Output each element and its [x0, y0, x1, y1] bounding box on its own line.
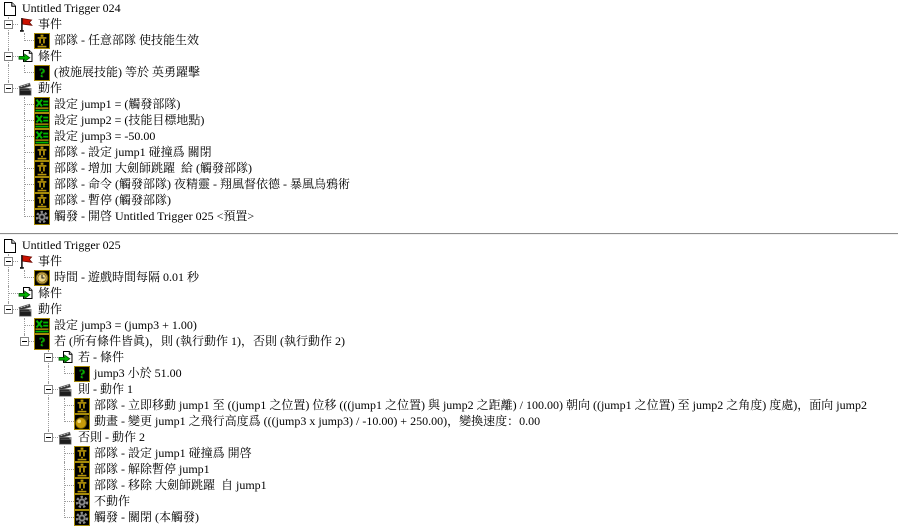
tree-row[interactable]: 部隊 - 移除 大劍師跳躍 自 jump1: [0, 478, 898, 494]
tree-guide-line: [64, 446, 65, 462]
event-flag-icon: [18, 254, 34, 270]
row-label: 不動作: [94, 494, 130, 509]
row-label: 部隊 - 設定 jump1 碰撞爲 開啓: [94, 446, 252, 461]
trigger-gear-icon: [34, 209, 50, 225]
tree-stub-line: [64, 373, 74, 374]
trigger-title: Untitled Trigger 025: [22, 238, 121, 253]
trigger-title-row[interactable]: Untitled Trigger 025: [0, 238, 898, 254]
tree-guide-line: [48, 366, 49, 382]
expand-collapse-box[interactable]: [44, 433, 53, 442]
tree-row[interactable]: ??jump3 小於 51.00: [0, 366, 898, 382]
tree-guide-line: [24, 318, 25, 334]
tree-stub-line: [64, 421, 74, 422]
tree-stub-line: [24, 200, 34, 201]
tree-guide-line: [24, 193, 25, 209]
expand-collapse-box[interactable]: [4, 20, 13, 29]
animation-icon: [74, 414, 90, 430]
unit-icon: [34, 177, 50, 193]
trigger-page-icon: [2, 238, 18, 254]
tree-stub-line: [64, 405, 74, 406]
time-clock-icon: [34, 270, 50, 286]
tree-row[interactable]: 條件: [0, 49, 898, 65]
tree-row[interactable]: 部隊 - 設定 jump1 碰撞爲 開啓: [0, 446, 898, 462]
tree-guide-line: [8, 33, 9, 49]
row-label: 部隊 - 移除 大劍師跳躍 自 jump1: [94, 478, 267, 493]
event-flag-icon: [18, 17, 34, 33]
actions-icon: [18, 302, 34, 318]
row-label: jump3 小於 51.00: [94, 366, 182, 381]
set-variable-icon: [34, 113, 50, 129]
condition-icon: ??: [74, 366, 90, 382]
row-label: 動畫 - 變更 jump1 之飛行高度爲 (((jump3 x jump3) /…: [94, 414, 540, 429]
tree-row[interactable]: 部隊 - 任意部隊 使技能生效: [0, 33, 898, 49]
conditions-icon: [18, 286, 34, 302]
row-label: 則 - 動作 1: [78, 382, 133, 397]
unit-icon: [34, 33, 50, 49]
tree-guide-line: [64, 398, 65, 414]
trigger-block: Untitled Trigger 025事件時間 - 遊戲時間每隔 0.01 秒…: [0, 235, 898, 526]
trigger-title-row[interactable]: Untitled Trigger 024: [0, 1, 898, 17]
expand-collapse-box[interactable]: [4, 84, 13, 93]
tree-stub-line: [24, 136, 34, 137]
tree-guide-line: [48, 414, 49, 430]
tree-row[interactable]: 部隊 - 立即移動 jump1 至 ((jump1 之位置) 位移 (((jum…: [0, 398, 898, 414]
tree-row[interactable]: 部隊 - 暫停 (觸發部隊): [0, 193, 898, 209]
tree-guide-line: [24, 177, 25, 193]
tree-row[interactable]: 部隊 - 增加 大劍師跳躍 給 (觸發部隊): [0, 161, 898, 177]
trigger-block: Untitled Trigger 024事件部隊 - 任意部隊 使技能生效條件?…: [0, 0, 898, 225]
expand-collapse-box[interactable]: [44, 353, 53, 362]
set-variable-icon: [34, 97, 50, 113]
tree-row[interactable]: 設定 jump2 = (技能目標地點): [0, 113, 898, 129]
row-label: 事件: [38, 17, 62, 32]
tree-stub-line: [24, 277, 34, 278]
tree-row[interactable]: 設定 jump3 = -50.00: [0, 129, 898, 145]
actions-icon: [18, 81, 34, 97]
tree-stub-line: [64, 469, 74, 470]
tree-stub-line: [64, 453, 74, 454]
tree-guide-line: [64, 478, 65, 494]
tree-guide-line: [8, 286, 9, 302]
expand-collapse-box[interactable]: [20, 337, 29, 346]
tree-row[interactable]: 事件: [0, 254, 898, 270]
tree-row[interactable]: ??若 (所有條件皆眞)，則 (執行動作 1)，否則 (執行動作 2): [0, 334, 898, 350]
tree-row[interactable]: 動畫 - 變更 jump1 之飛行高度爲 (((jump3 x jump3) /…: [0, 414, 898, 430]
row-label: 部隊 - 解除暫停 jump1: [94, 462, 210, 477]
tree-row[interactable]: 時間 - 遊戲時間每隔 0.01 秒: [0, 270, 898, 286]
tree-row[interactable]: 觸發 - 開啓 Untitled Trigger 025 <預置>: [0, 209, 898, 225]
tree-stub-line: [24, 40, 34, 41]
tree-row[interactable]: 部隊 - 命令 (觸發部隊) 夜精靈 - 翔風督依德 - 暴風烏鴉術: [0, 177, 898, 193]
tree-row[interactable]: 動作: [0, 81, 898, 97]
unit-icon: [74, 462, 90, 478]
trigger-title: Untitled Trigger 024: [22, 1, 121, 16]
row-label: 部隊 - 增加 大劍師跳躍 給 (觸發部隊): [54, 161, 252, 176]
tree-guide-line: [24, 113, 25, 129]
row-label: 動作: [38, 302, 62, 317]
unit-icon: [34, 161, 50, 177]
tree-guide-line: [24, 97, 25, 113]
row-label: 事件: [38, 254, 62, 269]
tree-stub-line: [24, 168, 34, 169]
tree-stub-line: [24, 325, 34, 326]
row-label: 若 (所有條件皆眞)，則 (執行動作 1)，否則 (執行動作 2): [54, 334, 345, 349]
tree-row[interactable]: 不動作: [0, 494, 898, 510]
row-label: 部隊 - 立即移動 jump1 至 ((jump1 之位置) 位移 (((jum…: [94, 398, 867, 413]
trigger-gear-icon: [74, 494, 90, 510]
row-label: 時間 - 遊戲時間每隔 0.01 秒: [54, 270, 199, 285]
tree-guide-line: [24, 145, 25, 161]
tree-row[interactable]: 若 - 條件: [0, 350, 898, 366]
tree-row[interactable]: 設定 jump3 = (jump3 + 1.00): [0, 318, 898, 334]
row-label: 若 - 條件: [78, 350, 124, 365]
row-label: 部隊 - 任意部隊 使技能生效: [54, 33, 199, 48]
tree-row[interactable]: 部隊 - 設定 jump1 碰撞爲 關閉: [0, 145, 898, 161]
row-label: 設定 jump2 = (技能目標地點): [54, 113, 204, 128]
set-variable-icon: [34, 129, 50, 145]
tree-row[interactable]: 事件: [0, 17, 898, 33]
row-label: 部隊 - 命令 (觸發部隊) 夜精靈 - 翔風督依德 - 暴風烏鴉術: [54, 177, 350, 192]
unit-icon: [34, 193, 50, 209]
expand-collapse-box[interactable]: [4, 257, 13, 266]
tree-row[interactable]: ??(被施展技能) 等於 英勇躍擊: [0, 65, 898, 81]
conditions-icon: [18, 49, 34, 65]
tree-row[interactable]: 則 - 動作 1: [0, 382, 898, 398]
tree-row[interactable]: 動作: [0, 302, 898, 318]
row-label: 設定 jump3 = -50.00: [54, 129, 155, 144]
tree-row[interactable]: 條件: [0, 286, 898, 302]
tree-stub-line: [24, 72, 34, 73]
unit-icon: [74, 446, 90, 462]
unit-icon: [74, 478, 90, 494]
set-variable-icon: [34, 318, 50, 334]
tree-guide-line: [48, 398, 49, 414]
row-label: 設定 jump1 = (觸發部隊): [54, 97, 180, 112]
expand-collapse-box[interactable]: [4, 52, 13, 61]
unit-icon: [34, 145, 50, 161]
tree-row[interactable]: 觸發 - 關閉 (本觸發): [0, 510, 898, 526]
condition-icon: ??: [34, 65, 50, 81]
row-label: (被施展技能) 等於 英勇躍擊: [54, 65, 200, 80]
expand-collapse-box[interactable]: [44, 385, 53, 394]
tree-row[interactable]: 部隊 - 解除暫停 jump1: [0, 462, 898, 478]
trigger-gear-icon: [74, 510, 90, 526]
tree-stub-line: [24, 216, 34, 217]
trigger-editor-tree: Untitled Trigger 024事件部隊 - 任意部隊 使技能生效條件?…: [0, 0, 898, 526]
tree-stub-line: [64, 485, 74, 486]
svg-text:?: ?: [79, 367, 86, 381]
row-label: 條件: [38, 286, 62, 301]
tree-stub-line: [64, 517, 74, 518]
tree-row[interactable]: 設定 jump1 = (觸發部隊): [0, 97, 898, 113]
row-label: 觸發 - 關閉 (本觸發): [94, 510, 199, 525]
tree-row[interactable]: 否則 - 動作 2: [0, 430, 898, 446]
svg-text:?: ?: [39, 335, 46, 349]
actions-icon: [58, 430, 74, 446]
tree-stub-line: [8, 293, 18, 294]
condition-icon: ??: [34, 334, 50, 350]
unit-icon: [74, 398, 90, 414]
conditions-icon: [58, 350, 74, 366]
tree-stub-line: [24, 120, 34, 121]
tree-guide-line: [24, 161, 25, 177]
row-label: 設定 jump3 = (jump3 + 1.00): [54, 318, 197, 333]
tree-stub-line: [24, 152, 34, 153]
row-label: 部隊 - 暫停 (觸發部隊): [54, 193, 171, 208]
tree-guide-line: [8, 65, 9, 81]
trigger-page-icon: [2, 1, 18, 17]
tree-stub-line: [64, 501, 74, 502]
expand-collapse-box[interactable]: [4, 305, 13, 314]
row-label: 動作: [38, 81, 62, 96]
actions-icon: [58, 382, 74, 398]
tree-stub-line: [24, 104, 34, 105]
tree-guide-line: [64, 494, 65, 510]
svg-text:?: ?: [39, 66, 46, 80]
tree-guide-line: [8, 270, 9, 286]
row-label: 否則 - 動作 2: [78, 430, 145, 445]
row-label: 條件: [38, 49, 62, 64]
tree-stub-line: [24, 184, 34, 185]
tree-guide-line: [24, 129, 25, 145]
row-label: 部隊 - 設定 jump1 碰撞爲 關閉: [54, 145, 212, 160]
tree-guide-line: [64, 462, 65, 478]
row-label: 觸發 - 開啓 Untitled Trigger 025 <預置>: [54, 209, 254, 224]
